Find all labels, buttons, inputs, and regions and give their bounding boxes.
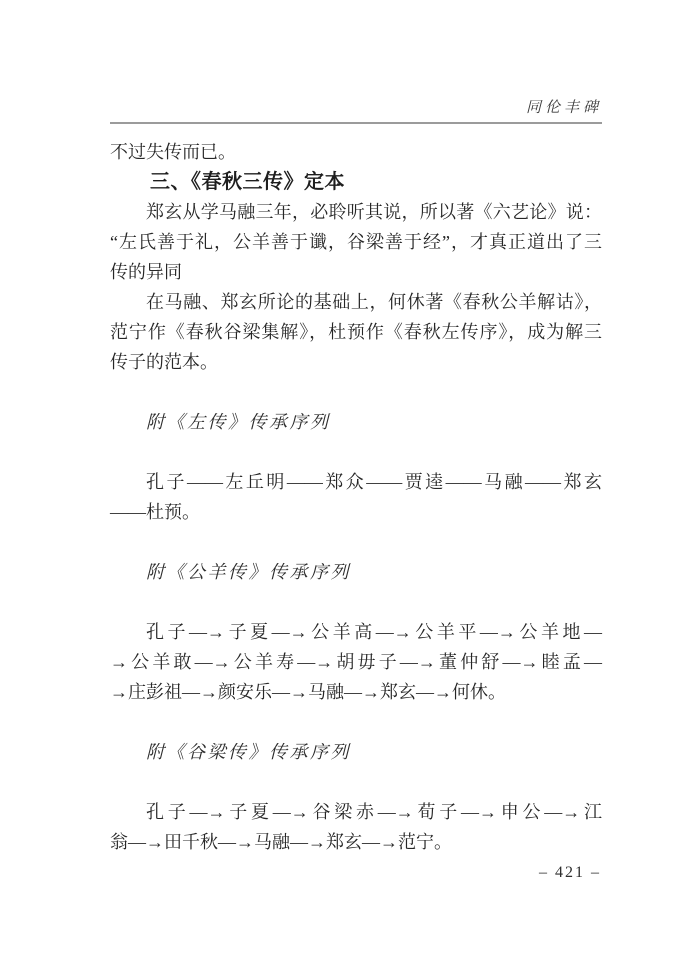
lineage-line: →庄彭祖—→颜安乐—→马融—→郑玄—→何休。 — [110, 677, 602, 707]
paragraph-line: “左氏善于礼，公羊善于谶，谷梁善于经”，才真正道出了三 — [110, 227, 602, 257]
paragraph-line: 郑玄从学马融三年，必聆听其说，所以著《六艺论》说： — [110, 197, 602, 227]
appendix-title-guliang: 附《谷梁传》传承序列 — [110, 737, 602, 767]
opening-line: 不过失传而已。 — [110, 137, 602, 167]
lineage-line: 孔子—→子夏—→公羊高—→公羊平—→公羊地— — [110, 617, 602, 647]
lineage-line: 孔子——左丘明——郑众——贾逵——马融——郑玄 — [110, 467, 602, 497]
appendix-title-zuozhuan: 附《左传》传承序列 — [110, 407, 602, 437]
paragraph-line: 范宁作《春秋谷梁集解》，杜预作《春秋左传序》，成为解三 — [110, 317, 602, 347]
lineage-line: ——杜预。 — [110, 497, 602, 527]
header-rule — [110, 122, 602, 124]
paragraph-line: 在马融、郑玄所论的基础上，何休著《春秋公羊解诂》， — [110, 287, 602, 317]
appendix-title-gongyang: 附《公羊传》传承序列 — [110, 557, 602, 587]
lineage-guliang: 孔子—→子夏—→谷梁赤—→荀子—→申公—→江 翁—→田千秋—→马融—→郑玄—→范… — [110, 797, 602, 857]
lineage-gongyang: 孔子—→子夏—→公羊高—→公羊平—→公羊地— →公羊敢—→公羊寿—→胡毋子—→董… — [110, 617, 602, 707]
lineage-line: →公羊敢—→公羊寿—→胡毋子—→董仲舒—→睦孟— — [110, 647, 602, 677]
body-text: 不过失传而已。 三、《春秋三传》定本 郑玄从学马融三年，必聆听其说，所以著《六艺… — [110, 137, 602, 857]
lineage-line: 孔子—→子夏—→谷梁赤—→荀子—→申公—→江 — [110, 797, 602, 827]
paragraph-2: 在马融、郑玄所论的基础上，何休著《春秋公羊解诂》， 范宁作《春秋谷梁集解》，杜预… — [110, 287, 602, 377]
paragraph-line: 传子的范本。 — [110, 347, 602, 377]
section-heading: 三、《春秋三传》定本 — [110, 167, 602, 197]
paragraph-line: 传的异同 — [110, 257, 602, 287]
page-content: 同伦丰碑 不过失传而已。 三、《春秋三传》定本 郑玄从学马融三年，必聆听其说，所… — [110, 100, 602, 857]
running-head: 同伦丰碑 — [110, 100, 602, 116]
page-number: – 421 – — [539, 864, 601, 882]
paragraph-1: 郑玄从学马融三年，必聆听其说，所以著《六艺论》说： “左氏善于礼，公羊善于谶，谷… — [110, 197, 602, 287]
book-page: 同伦丰碑 不过失传而已。 三、《春秋三传》定本 郑玄从学马融三年，必聆听其说，所… — [0, 0, 692, 968]
lineage-zuozhuan: 孔子——左丘明——郑众——贾逵——马融——郑玄 ——杜预。 — [110, 467, 602, 527]
lineage-line: 翁—→田千秋—→马融—→郑玄—→范宁。 — [110, 827, 602, 857]
